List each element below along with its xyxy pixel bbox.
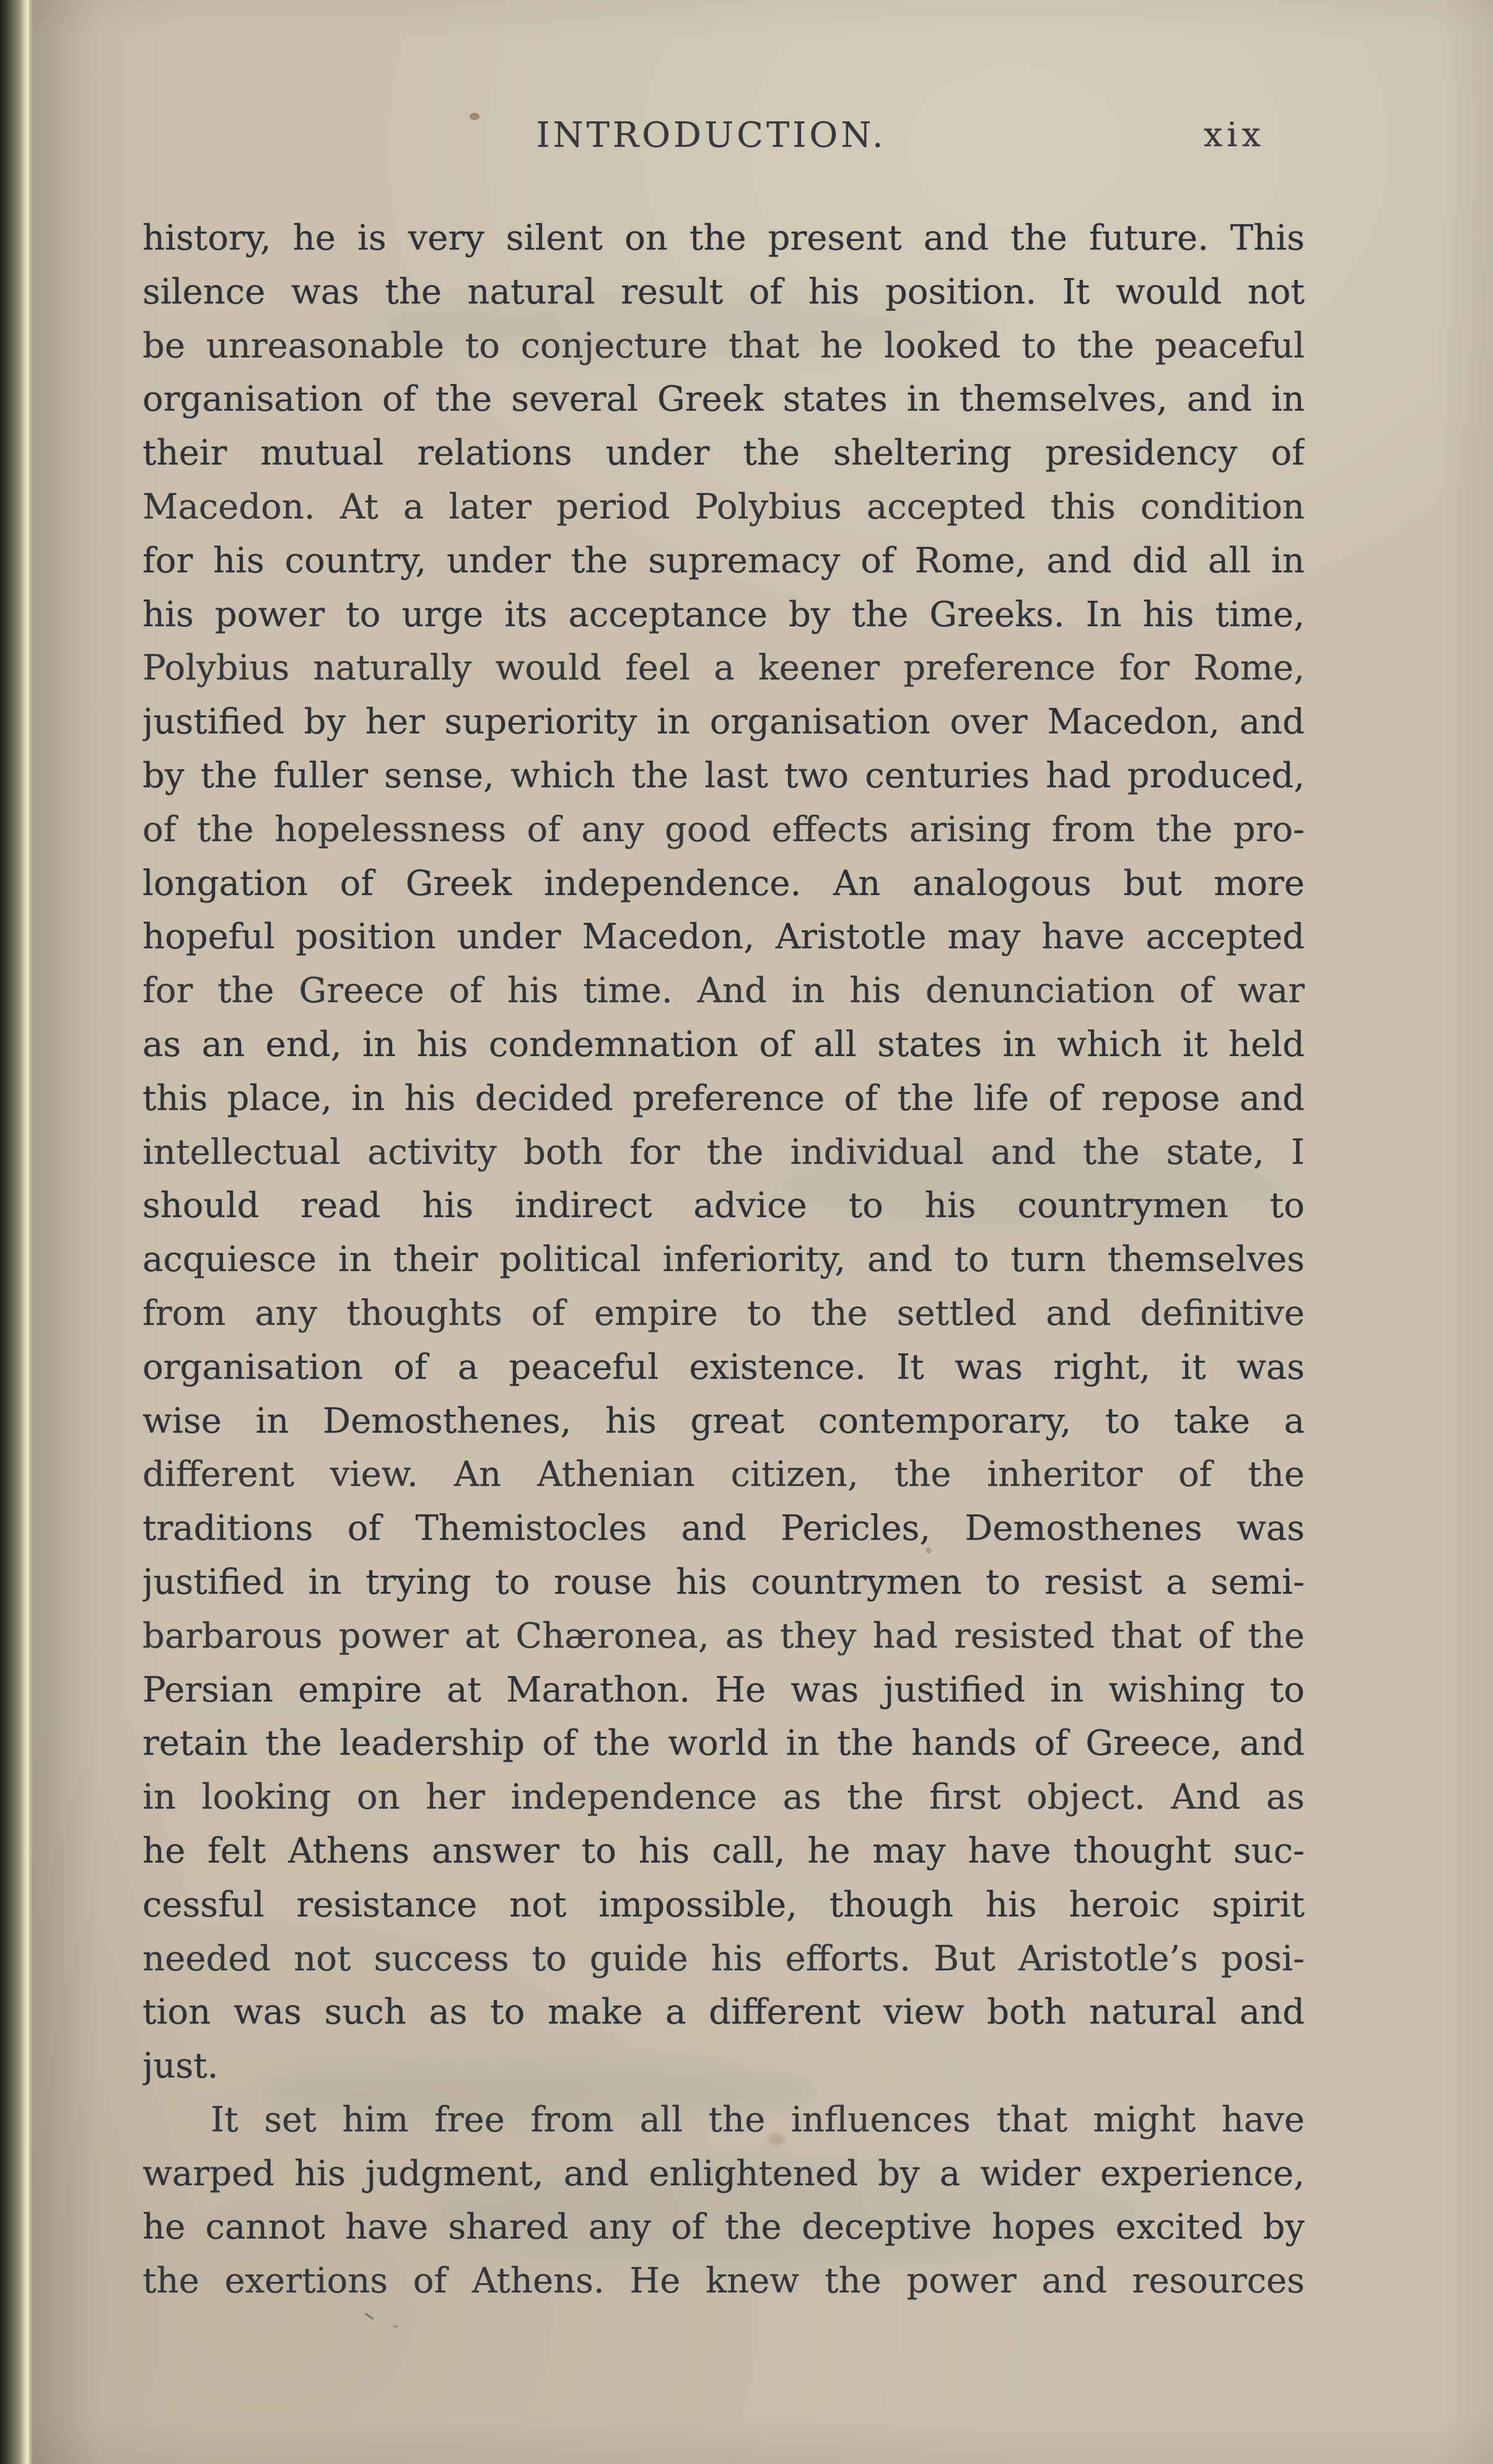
text-line: from any thoughts of empire to the settl…: [142, 1287, 1305, 1341]
running-title: INTRODUCTION.: [130, 115, 1292, 155]
text-line: It set him free from all the influences …: [142, 2094, 1305, 2147]
text-line: for his country, under the supremacy of …: [142, 535, 1305, 588]
text-line: traditions of Themistocles and Pericles,…: [142, 1502, 1305, 1556]
text-line: hopeful position under Macedon, Aristotl…: [142, 911, 1305, 964]
text-line: should read his indirect advice to his c…: [142, 1179, 1305, 1233]
text-line: Polybius naturally would feel a keener p…: [142, 642, 1305, 696]
text-line: their mutual relations under the shelter…: [142, 427, 1305, 481]
text-line: the exertions of Athens. He knew the pow…: [142, 2255, 1305, 2309]
text-line: Persian empire at Marathon. He was justi…: [142, 1664, 1305, 1718]
text-line: just.: [142, 2040, 1305, 2094]
text-line: organisation of a peaceful existence. It…: [142, 1341, 1305, 1395]
text-line: his power to urge its acceptance by the …: [142, 588, 1305, 642]
text-line: retain the leadership of the world in th…: [142, 1717, 1305, 1771]
text-line: organisation of the several Greek states…: [142, 373, 1305, 427]
text-line: this place, in his decided preference of…: [142, 1072, 1305, 1126]
text-line: barbarous power at Chæronea, as they had…: [142, 1610, 1305, 1664]
text-line: he cannot have shared any of the decepti…: [142, 2201, 1305, 2255]
text-line: Macedon. At a later period Polybius acce…: [142, 481, 1305, 535]
text-line: silence was the natural result of his po…: [142, 266, 1305, 320]
text-block: history, he is very silent on the presen…: [142, 212, 1305, 2309]
page-number: xix: [1204, 115, 1265, 154]
text-line: as an end, in his condemnation of all st…: [142, 1018, 1305, 1072]
text-line: cessful resistance not impossible, thoug…: [142, 1879, 1305, 1933]
text-line: needed not success to guide his efforts.…: [142, 1933, 1305, 1986]
text-line: acquiesce in their political inferiority…: [142, 1233, 1305, 1287]
page-header: INTRODUCTION. xix: [142, 115, 1305, 167]
paper-speck: [393, 2325, 398, 2328]
text-line: in looking on her independence as the fi…: [142, 1771, 1305, 1825]
text-line: warped his judgment, and enlightened by …: [142, 2147, 1305, 2201]
text-line: wise in Demosthenes, his great contempor…: [142, 1395, 1305, 1449]
text-line: different view. An Athenian citizen, the…: [142, 1448, 1305, 1502]
text-line: intellectual activity both for the indiv…: [142, 1126, 1305, 1180]
text-line: history, he is very silent on the presen…: [142, 212, 1305, 266]
text-line: justified in trying to rouse his country…: [142, 1556, 1305, 1610]
book-page: INTRODUCTION. xix history, he is very si…: [0, 0, 1493, 2464]
text-line: for the Greece of his time. And in his d…: [142, 964, 1305, 1018]
text-line: tion was such as to make a different vie…: [142, 1986, 1305, 2040]
text-line: of the hopelessness of any good effects …: [142, 803, 1305, 857]
binding-gutter-edge: [0, 0, 32, 2464]
text-line: be unreasonable to conjecture that he lo…: [142, 320, 1305, 374]
text-line: longation of Greek independence. An anal…: [142, 857, 1305, 911]
text-line: by the fuller sense, which the last two …: [142, 749, 1305, 803]
paper-speck: [365, 2313, 374, 2320]
text-line: he felt Athens answer to his call, he ma…: [142, 1825, 1305, 1879]
text-line: justified by her superiority in organisa…: [142, 696, 1305, 749]
